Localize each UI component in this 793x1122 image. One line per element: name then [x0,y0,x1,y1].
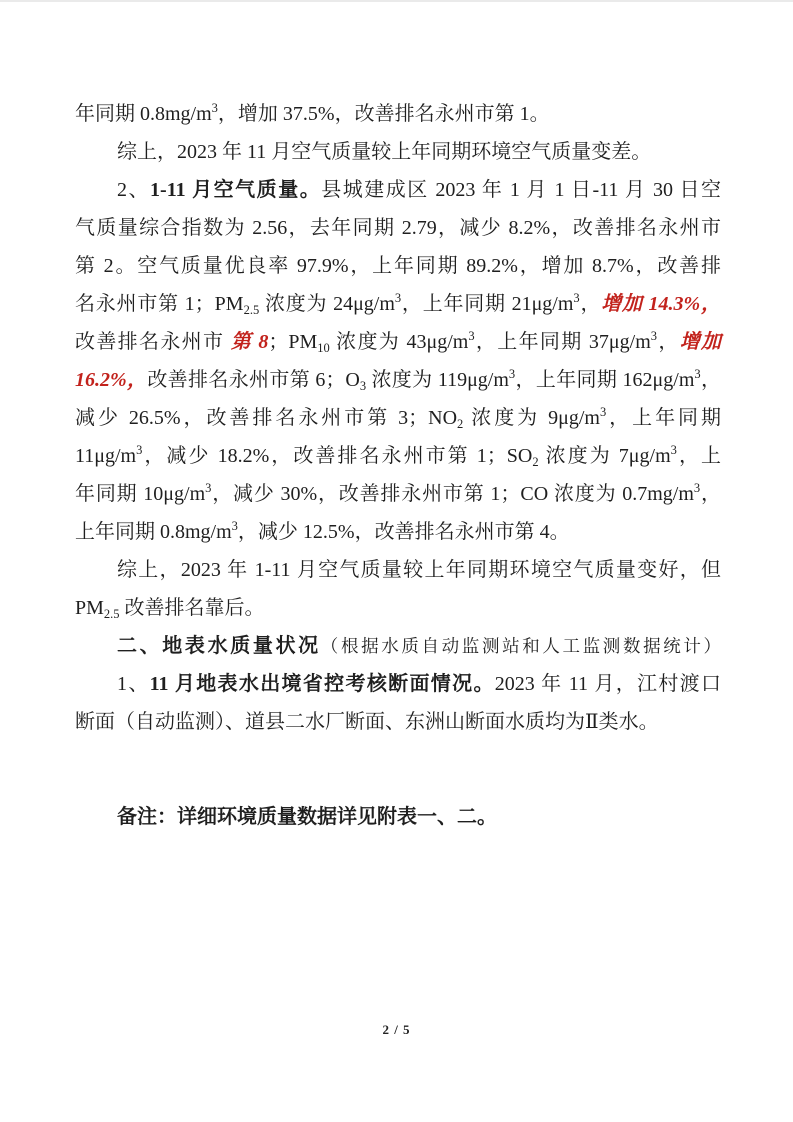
text-segment: 综上，2023 年 11 月空气质量较上年同期环境空气质量变差。 [117,141,651,163]
text-segment: ，减少 30%，改善排永州市第 1；CO 浓度为 0.7mg/m [211,483,694,505]
text-segment: ， [580,293,602,315]
bold-text-segment: 二、地表水质量状况 [117,635,321,657]
text-segment: ，上年同期 21μg/m [401,293,573,315]
text-segment: ， [701,369,721,391]
text-line: 1、11 月地表水出境省控考核断面情况。2023 年 11 月，江村渡口 [75,665,721,703]
text-line: 备注：详细环境质量数据详见附表一、二。 [75,798,721,836]
text-segment: 浓度为 9μg/m [463,407,600,429]
text-segment: 1、 [117,673,150,695]
text-line: 改善排名永州市 第 8；PM10 浓度为 43μg/m3，上年同期 37μg/m… [75,323,721,361]
text-segment: PM [75,597,104,619]
text-segment: ，上年同期 37μg/m [475,331,651,353]
text-segment: 改善排名靠后。 [120,597,265,619]
subscript: 10 [317,341,330,355]
text-segment: （根据水质自动监测站和人工监测数据统计） [321,636,721,656]
text-line: 第 2。空气质量优良率 97.9%，上年同期 89.2%，增加 8.7%，改善排 [75,247,721,285]
text-segment: 上年同期 0.8mg/m [75,521,232,543]
text-line: 二、地表水质量状况（根据水质自动监测站和人工监测数据统计） [75,627,721,665]
text-segment: 浓度为 43μg/m [330,331,469,353]
text-segment: 减少 26.5%，改善排名永州市第 3；NO [75,407,457,429]
highlight-red-text: 增加 14.3%， [601,293,721,315]
text-segment: 综上，2023 年 1-11 月空气质量较上年同期环境空气质量变好，但 [117,559,721,581]
highlight-red-text: 增加 [680,331,721,353]
text-segment: 年同期 10μg/m [75,483,205,505]
text-line: 减少 26.5%，改善排名永州市第 3；NO2 浓度为 9μg/m3，上年同期 [75,399,721,437]
text-segment: 浓度为 24μg/m [259,293,395,315]
text-line: 16.2%，改善排名永州市第 6；O3 浓度为 119μg/m3，上年同期 16… [75,361,721,399]
bold-text-segment: 1-11 月空气质量。 [150,179,321,201]
text-segment: 断面（自动监测）、道县二水厂断面、东洲山断面水质均为Ⅱ类水。 [75,711,659,733]
text-segment: 浓度为 7μg/m [539,445,671,467]
text-segment: 县城建成区 2023 年 1 月 1 日-11 月 30 日空 [321,179,721,201]
text-segment: 改善排名永州市 [75,331,231,353]
text-line: 综上，2023 年 1-11 月空气质量较上年同期环境空气质量变好，但 [75,551,721,589]
bold-text-segment: 11 月地表水出境省控考核断面情况。 [150,673,495,695]
text-line: PM2.5 改善排名靠后。 [75,589,721,627]
text-segment: ，增加 37.5%，改善排名永州市第 1。 [218,103,550,125]
text-segment: 第 2。空气质量优良率 97.9%，上年同期 89.2%，增加 8.7%，改善排 [75,255,721,277]
highlight-red-text: 16.2%， [75,369,147,391]
text-segment: 11μg/m [75,445,136,467]
document-lines: 年同期 0.8mg/m3，增加 37.5%，改善排名永州市第 1。综上，2023… [75,95,721,836]
text-segment: ，上年同期 162μg/m [515,369,694,391]
subscript: 2.5 [244,303,260,317]
text-segment: 气质量综合指数为 2.56，去年同期 2.79，减少 8.2%，改善排名永州市 [75,217,721,239]
text-segment: 名永州市第 1；PM [75,293,244,315]
text-line: 气质量综合指数为 2.56，去年同期 2.79，减少 8.2%，改善排名永州市 [75,209,721,247]
text-line: 名永州市第 1；PM2.5 浓度为 24μg/m3，上年同期 21μg/m3，增… [75,285,721,323]
text-segment: ，减少 12.5%，改善排名永州市第 4。 [238,521,570,543]
text-segment: ，减少 18.2%，改善排名永州市第 1；SO [142,445,532,467]
page-number: 2 / 5 [0,1022,793,1038]
text-segment: ，上年同期 [606,407,721,429]
subscript: 2.5 [104,607,120,621]
text-segment: ， [657,331,680,353]
bold-text-segment: 备注：详细环境质量数据详见附表一、二。 [117,806,497,828]
text-segment: 改善排名永州市第 6；O [147,369,360,391]
text-line: 综上，2023 年 11 月空气质量较上年同期环境空气质量变差。 [75,133,721,171]
text-line: 上年同期 0.8mg/m3，减少 12.5%，改善排名永州市第 4。 [75,513,721,551]
text-segment: ， [700,483,721,505]
highlight-red-text: 第 8 [231,331,269,353]
text-line: 年同期 0.8mg/m3，增加 37.5%，改善排名永州市第 1。 [75,95,721,133]
text-line: 11μg/m3，减少 18.2%，改善排名永州市第 1；SO2 浓度为 7μg/… [75,437,721,475]
text-line: 2、1-11 月空气质量。县城建成区 2023 年 1 月 1 日-11 月 3… [75,171,721,209]
text-segment: 2023 年 11 月，江村渡口 [495,673,721,695]
document-body: 年同期 0.8mg/m3，增加 37.5%，改善排名永州市第 1。综上，2023… [75,95,721,836]
scan-edge-artifact [0,0,793,2]
text-line: 年同期 10μg/m3，减少 30%，改善排永州市第 1；CO 浓度为 0.7m… [75,475,721,513]
text-segment: ，上 [677,445,721,467]
text-line: 断面（自动监测）、道县二水厂断面、东洲山断面水质均为Ⅱ类水。 [75,703,721,741]
text-segment: 年同期 0.8mg/m [75,103,212,125]
text-segment: 浓度为 119μg/m [366,369,509,391]
text-segment: ；PM [268,331,317,353]
text-segment: 2、 [117,179,150,201]
